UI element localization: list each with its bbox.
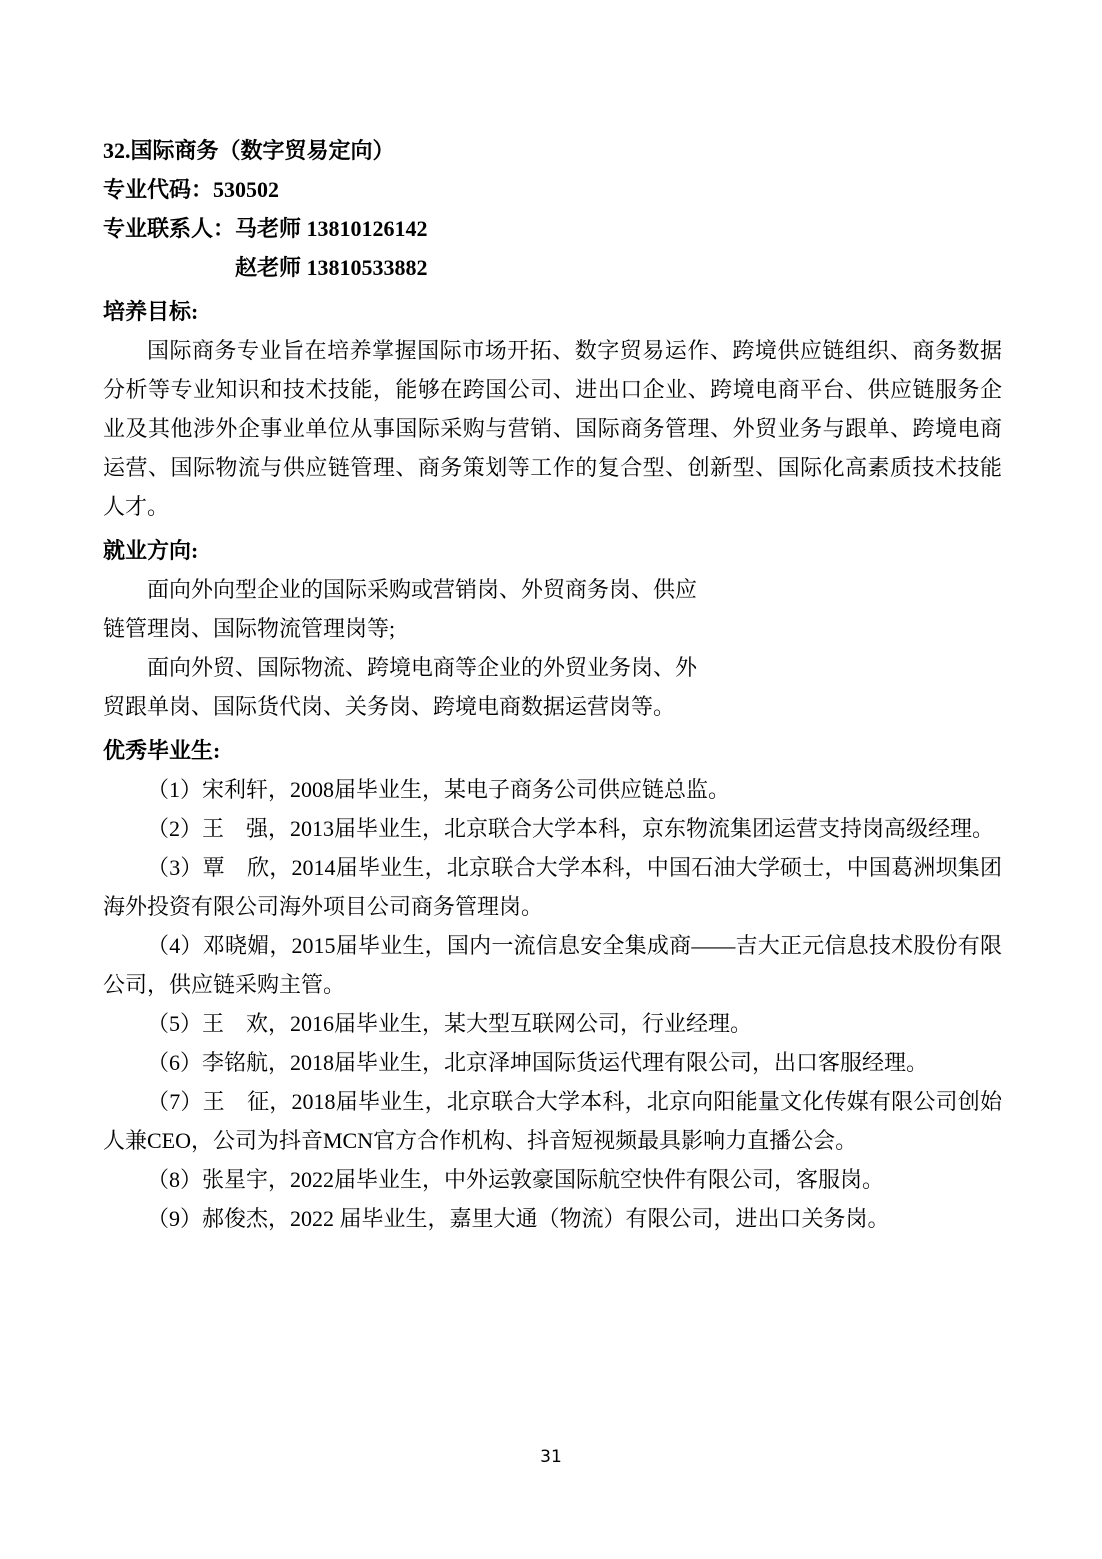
graduate-item-8: （8）张星宇，2022届毕业生，中外运敦豪国际航空快件有限公司，客服岗。 bbox=[103, 1160, 1002, 1199]
training-goals-paragraph: 国际商务专业旨在培养掌握国际市场开拓、数字贸易运作、跨境供应链组织、商务数据分析… bbox=[103, 331, 1002, 526]
employment-heading: 就业方向: bbox=[103, 531, 1002, 570]
employment-p2-line2: 贸跟单岗、国际货代岗、关务岗、跨境电商数据运营岗等。 bbox=[103, 687, 1002, 726]
major-code-value: 530502 bbox=[213, 177, 279, 202]
graduate-item-4: （4）邓晓媚，2015届毕业生，国内一流信息安全集成商——吉大正元信息技术股份有… bbox=[103, 926, 1002, 1004]
major-code-label: 专业代码： bbox=[103, 177, 213, 202]
contact-1-name: 马老师 bbox=[235, 216, 301, 241]
employment-p1-line2: 链管理岗、国际物流管理岗等; bbox=[103, 609, 1002, 648]
contact-2-phone: 13810533882 bbox=[307, 255, 428, 280]
training-goals-heading: 培养目标: bbox=[103, 292, 1002, 331]
graduate-item-9: （9）郝俊杰，2022 届毕业生，嘉里大通（物流）有限公司，进出口关务岗。 bbox=[103, 1199, 1002, 1238]
document-page: 32.国际商务（数字贸易定向） 专业代码：530502 专业联系人：马老师 13… bbox=[0, 0, 1102, 1559]
section-employment-direction: 就业方向: 面向外向型企业的国际采购或营销岗、外贸商务岗、供应链管理岗、国际物流… bbox=[103, 531, 1002, 726]
page-title: 32.国际商务（数字贸易定向） bbox=[103, 131, 1002, 170]
employment-paragraph-1: 面向外向型企业的国际采购或营销岗、外贸商务岗、供应链管理岗、国际物流管理岗等; bbox=[103, 570, 1002, 648]
graduate-item-3: （3）覃 欣，2014届毕业生，北京联合大学本科，中国石油大学硕士，中国葛洲坝集… bbox=[103, 848, 1002, 926]
graduate-item-6: （6）李铭航，2018届毕业生，北京泽坤国际货运代理有限公司，出口客服经理。 bbox=[103, 1043, 1002, 1082]
employment-p1-line1: 面向外向型企业的国际采购或营销岗、外贸商务岗、供应 bbox=[147, 577, 697, 602]
page-number: 31 bbox=[0, 1446, 1102, 1468]
contact-line-1: 专业联系人：马老师 13810126142 bbox=[103, 209, 1002, 248]
graduate-item-2: （2）王 强，2013届毕业生，北京联合大学本科，京东物流集团运营支持岗高级经理… bbox=[103, 809, 1002, 848]
contact-2-name: 赵老师 bbox=[235, 255, 301, 280]
major-code-line: 专业代码：530502 bbox=[103, 170, 1002, 209]
graduate-item-7: （7）王 征，2018届毕业生，北京联合大学本科，北京向阳能量文化传媒有限公司创… bbox=[103, 1082, 1002, 1160]
contact-label: 专业联系人： bbox=[103, 216, 235, 241]
document-header: 32.国际商务（数字贸易定向） 专业代码：530502 专业联系人：马老师 13… bbox=[103, 131, 1002, 287]
employment-paragraph-2: 面向外贸、国际物流、跨境电商等企业的外贸业务岗、外贸跟单岗、国际货代岗、关务岗、… bbox=[103, 648, 1002, 726]
graduate-item-5: （5）王 欢，2016届毕业生，某大型互联网公司，行业经理。 bbox=[103, 1004, 1002, 1043]
graduates-heading: 优秀毕业生: bbox=[103, 731, 1002, 770]
employment-p2-line1: 面向外贸、国际物流、跨境电商等企业的外贸业务岗、外 bbox=[147, 655, 697, 680]
graduate-item-1: （1）宋利轩，2008届毕业生，某电子商务公司供应链总监。 bbox=[103, 770, 1002, 809]
section-training-goals: 培养目标: 国际商务专业旨在培养掌握国际市场开拓、数字贸易运作、跨境供应链组织、… bbox=[103, 292, 1002, 526]
section-notable-graduates: 优秀毕业生: （1）宋利轩，2008届毕业生，某电子商务公司供应链总监。 （2）… bbox=[103, 731, 1002, 1238]
contact-line-2: 赵老师 13810533882 bbox=[103, 248, 1002, 287]
contact-1-phone: 13810126142 bbox=[307, 216, 428, 241]
